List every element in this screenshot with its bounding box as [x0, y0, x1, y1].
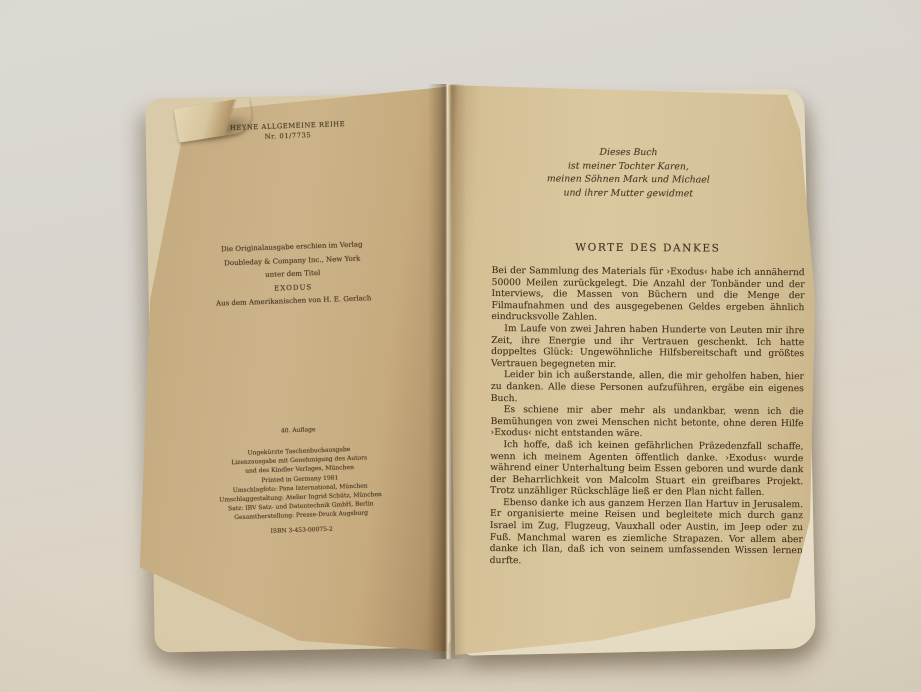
- paragraph: Ich hoffe, daß ich keinen gefährlichen P…: [490, 439, 803, 499]
- left-page: HEYNE ALLGEMEINE REIHE Nr. 01/7735 Die O…: [138, 85, 448, 655]
- paragraph: Leider bin ich außerstande, allen, die m…: [491, 369, 804, 406]
- chapter-heading: WORTE DES DANKES: [492, 241, 804, 255]
- right-page: Dieses Buch ist meiner Tochter Karen, me…: [447, 84, 817, 659]
- acknowledgements-text: Bei der Sammlung des Materials für ›Exod…: [490, 265, 805, 569]
- paragraph: Ebenso danke ich aus ganzem Herzen Ilan …: [490, 497, 803, 569]
- isbn: ISBN 3-453-00075-2: [184, 522, 420, 539]
- dedication-line: und ihrer Mutter gewidmet: [488, 185, 768, 200]
- paragraph: Es schiene mir aber mehr als undankbar, …: [491, 404, 804, 441]
- book-photo: HEYNE ALLGEMEINE REIHE Nr. 01/7735 Die O…: [0, 0, 921, 692]
- paragraph: Im Laufe von zwei Jahren haben Hunderte …: [491, 323, 804, 372]
- left-page-content: HEYNE ALLGEMEINE REIHE Nr. 01/7735 Die O…: [128, 80, 458, 660]
- paragraph: Bei der Sammlung des Materials für ›Exod…: [491, 265, 804, 325]
- right-page-content: Dieses Buch ist meiner Tochter Karen, me…: [445, 83, 819, 661]
- original-edition-note: Die Originalausgabe erschien im Verlag D…: [174, 237, 412, 313]
- dedication: Dieses Buch ist meiner Tochter Karen, me…: [488, 145, 768, 201]
- publishing-details: Ungekürzte Taschenbuchausgabe Lizenzausg…: [181, 443, 419, 525]
- edition-note: 40. Auflage: [180, 422, 416, 439]
